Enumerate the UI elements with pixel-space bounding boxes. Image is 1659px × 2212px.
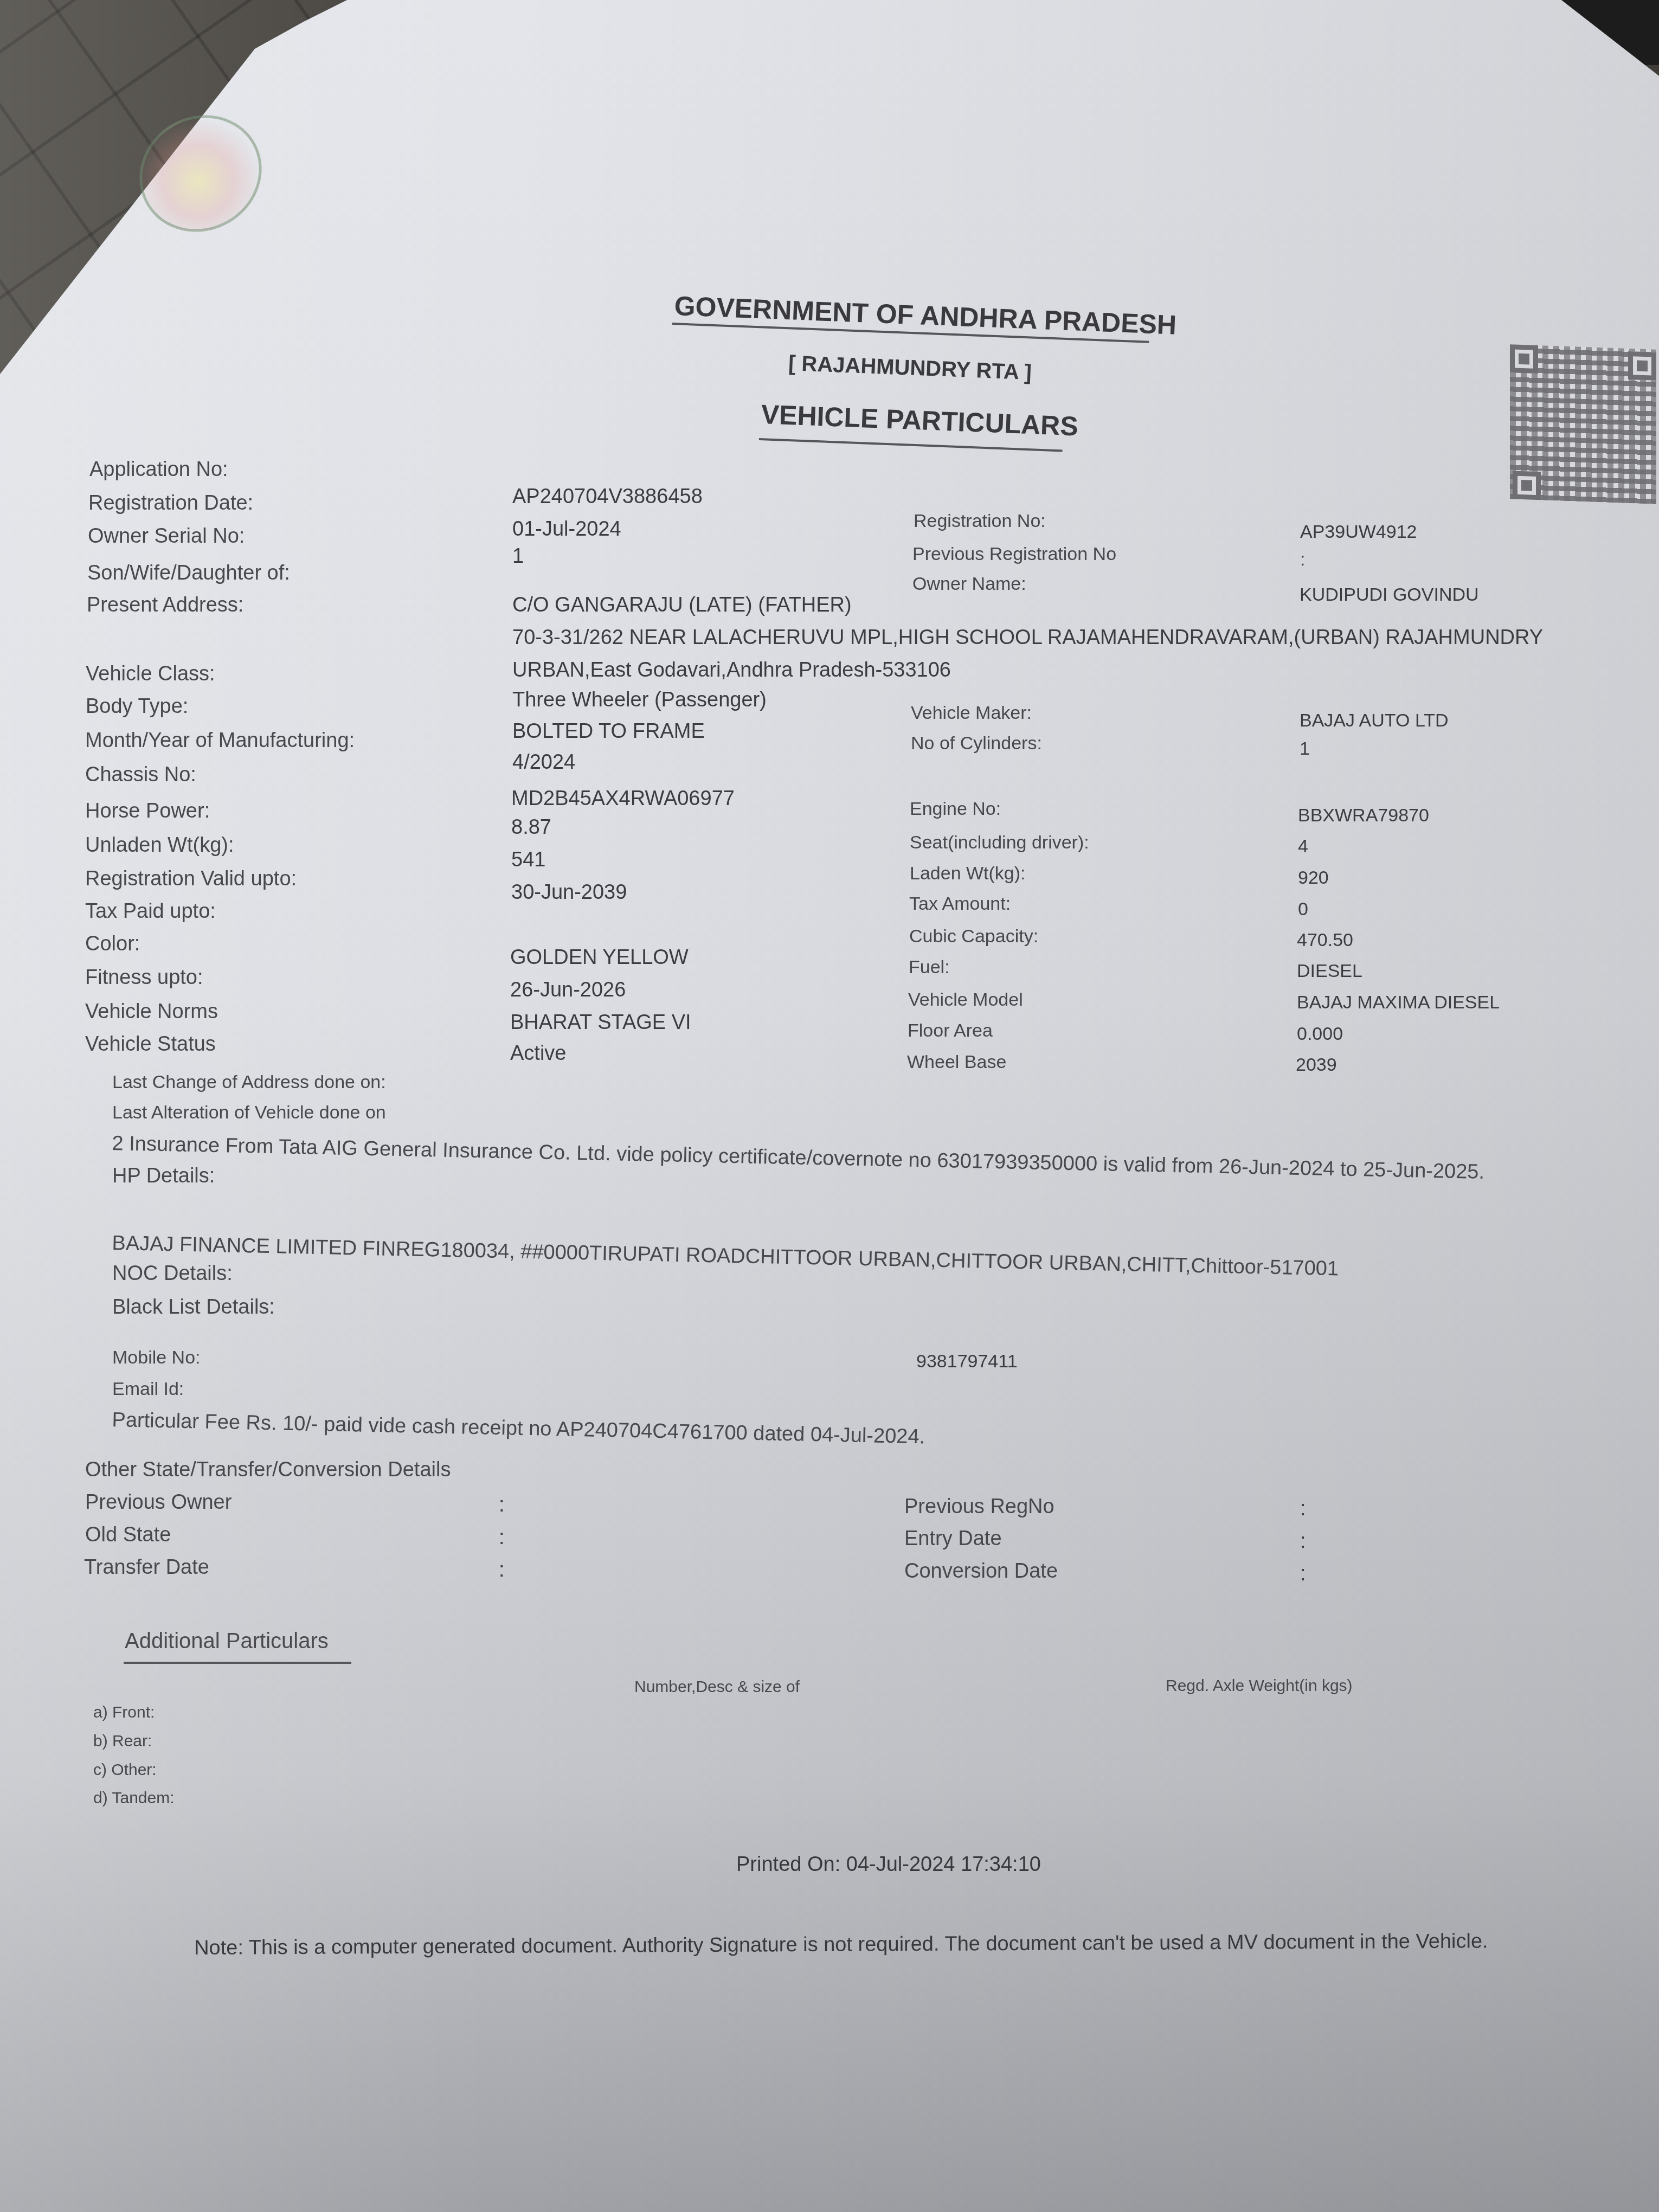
label-owner-serial-no: Owner Serial No: bbox=[88, 525, 245, 548]
rta-office: [ RAJAHMUNDRY RTA ] bbox=[788, 351, 1032, 385]
label-last-change-address: Last Change of Address done on: bbox=[112, 1072, 386, 1093]
value-seat: 4 bbox=[1298, 836, 1308, 857]
label-email-id: Email Id: bbox=[112, 1379, 184, 1400]
transfer-section-title: Other State/Transfer/Conversion Details bbox=[85, 1458, 451, 1482]
label-floor-area: Floor Area bbox=[908, 1020, 993, 1041]
label-registration-date: Registration Date: bbox=[88, 492, 253, 515]
label-transfer-date: Transfer Date bbox=[84, 1556, 209, 1579]
value-previous-regno: : bbox=[1300, 1497, 1306, 1521]
label-noc-details: NOC Details: bbox=[112, 1262, 233, 1285]
label-wheel-base: Wheel Base bbox=[907, 1052, 1006, 1073]
value-wheel-base: 2039 bbox=[1296, 1054, 1337, 1076]
fee-receipt-details: Particular Fee Rs. 10/- paid vide cash r… bbox=[112, 1409, 925, 1449]
additional-particulars-underline bbox=[124, 1662, 351, 1664]
label-present-address: Present Address: bbox=[87, 594, 243, 617]
label-chassis-no: Chassis No: bbox=[85, 763, 196, 787]
value-horse-power: 8.87 bbox=[511, 816, 551, 839]
value-vehicle-status: Active bbox=[510, 1042, 566, 1065]
value-no-of-cylinders: 1 bbox=[1300, 738, 1310, 760]
label-vehicle-maker: Vehicle Maker: bbox=[911, 703, 1032, 724]
insurance-details: 2 Insurance From Tata AIG General Insura… bbox=[112, 1132, 1484, 1184]
label-previous-regno: Previous RegNo bbox=[904, 1495, 1054, 1519]
label-relation: Son/Wife/Daughter of: bbox=[87, 562, 290, 585]
label-color: Color: bbox=[85, 933, 140, 956]
value-fuel: DIESEL bbox=[1297, 961, 1362, 982]
value-vehicle-model: BAJAJ MAXIMA DIESEL bbox=[1297, 992, 1500, 1013]
vehicle-particulars-document: GOVERNMENT OF ANDHRA PRADESH [ RAJAHMUND… bbox=[0, 0, 1659, 2212]
label-black-list-details: Black List Details: bbox=[112, 1296, 275, 1319]
title-underline bbox=[759, 438, 1063, 452]
column-number-desc-size: Number,Desc & size of bbox=[634, 1678, 800, 1696]
value-entry-date: : bbox=[1300, 1530, 1306, 1553]
label-hp-details: HP Details: bbox=[112, 1165, 215, 1188]
value-cubic-capacity: 470.50 bbox=[1297, 930, 1353, 951]
label-old-state: Old State bbox=[85, 1523, 171, 1547]
label-registration-no: Registration No: bbox=[914, 511, 1046, 532]
label-laden-wt: Laden Wt(kg): bbox=[910, 863, 1026, 884]
page-title: VEHICLE PARTICULARS bbox=[761, 398, 1079, 442]
value-registration-date: 01-Jul-2024 bbox=[512, 518, 621, 541]
value-tax-amount: 0 bbox=[1298, 899, 1308, 920]
value-fitness-upto: 26-Jun-2026 bbox=[510, 979, 626, 1002]
label-owner-name: Owner Name: bbox=[912, 574, 1026, 595]
value-vehicle-class: Three Wheeler (Passenger) bbox=[512, 689, 767, 712]
value-registration-no: AP39UW4912 bbox=[1300, 522, 1417, 543]
value-conversion-date: : bbox=[1300, 1562, 1306, 1586]
value-transfer-date: : bbox=[499, 1559, 505, 1582]
label-cubic-capacity: Cubic Capacity: bbox=[909, 926, 1038, 947]
label-manufacturing: Month/Year of Manufacturing: bbox=[85, 729, 355, 753]
label-fitness-upto: Fitness upto: bbox=[85, 966, 203, 989]
label-tax-paid-upto: Tax Paid upto: bbox=[85, 900, 216, 923]
label-previous-registration-no: Previous Registration No bbox=[912, 544, 1116, 565]
axle-row-other: c) Other: bbox=[93, 1761, 157, 1779]
value-color: GOLDEN YELLOW bbox=[510, 946, 689, 969]
value-previous-registration-no: : bbox=[1300, 549, 1305, 570]
value-old-state: : bbox=[499, 1526, 505, 1549]
value-registration-valid: 30-Jun-2039 bbox=[511, 881, 627, 904]
axle-row-front: a) Front: bbox=[93, 1703, 155, 1722]
label-mobile-no: Mobile No: bbox=[112, 1347, 201, 1368]
printed-on-timestamp: Printed On: 04-Jul-2024 17:34:10 bbox=[736, 1853, 1041, 1876]
value-chassis-no: MD2B45AX4RWA06977 bbox=[511, 787, 735, 811]
axle-row-rear: b) Rear: bbox=[93, 1732, 152, 1751]
computer-generated-note: Note: This is a computer generated docum… bbox=[194, 1930, 1488, 1960]
additional-particulars-title: Additional Particulars bbox=[125, 1629, 329, 1654]
value-engine-no: BBXWRA79870 bbox=[1298, 805, 1429, 826]
value-address-line-1: 70-3-31/262 NEAR LALACHERUVU MPL,HIGH SC… bbox=[512, 626, 1543, 650]
axle-row-tandem: d) Tandem: bbox=[93, 1789, 175, 1808]
label-body-type: Body Type: bbox=[86, 695, 188, 718]
label-vehicle-status: Vehicle Status bbox=[85, 1033, 216, 1056]
label-no-of-cylinders: No of Cylinders: bbox=[911, 733, 1042, 754]
label-seat: Seat(including driver): bbox=[910, 832, 1089, 853]
label-fuel: Fuel: bbox=[909, 957, 950, 978]
value-owner-name: KUDIPUDI GOVINDU bbox=[1300, 584, 1479, 606]
hp-details-value: BAJAJ FINANCE LIMITED FINREG180034, ##00… bbox=[112, 1232, 1339, 1281]
label-vehicle-norms: Vehicle Norms bbox=[85, 1000, 218, 1024]
column-regd-axle-weight: Regd. Axle Weight(in kgs) bbox=[1166, 1677, 1353, 1695]
value-manufacturing: 4/2024 bbox=[512, 751, 575, 774]
value-vehicle-maker: BAJAJ AUTO LTD bbox=[1300, 710, 1449, 731]
label-conversion-date: Conversion Date bbox=[904, 1560, 1058, 1583]
label-horse-power: Horse Power: bbox=[85, 800, 210, 823]
label-vehicle-model: Vehicle Model bbox=[908, 989, 1023, 1011]
value-floor-area: 0.000 bbox=[1297, 1024, 1343, 1045]
label-entry-date: Entry Date bbox=[904, 1527, 1002, 1551]
value-owner-serial-no: 1 bbox=[512, 545, 524, 568]
value-laden-wt: 920 bbox=[1298, 867, 1329, 889]
label-registration-valid: Registration Valid upto: bbox=[85, 867, 297, 891]
label-tax-amount: Tax Amount: bbox=[909, 893, 1011, 915]
value-mobile-no: 9381797411 bbox=[916, 1351, 1018, 1372]
value-address-line-2: URBAN,East Godavari,Andhra Pradesh-53310… bbox=[512, 659, 951, 682]
label-engine-no: Engine No: bbox=[910, 799, 1001, 820]
label-unladen-wt: Unladen Wt(kg): bbox=[85, 834, 234, 857]
value-vehicle-norms: BHARAT STAGE VI bbox=[510, 1011, 691, 1034]
value-body-type: BOLTED TO FRAME bbox=[512, 720, 705, 743]
label-application-no: Application No: bbox=[89, 458, 228, 481]
label-vehicle-class: Vehicle Class: bbox=[86, 663, 215, 686]
value-previous-owner: : bbox=[499, 1494, 505, 1517]
value-relation: C/O GANGARAJU (LATE) (FATHER) bbox=[512, 594, 852, 617]
label-last-alteration: Last Alteration of Vehicle done on bbox=[112, 1102, 386, 1123]
value-application-no: AP240704V3886458 bbox=[512, 485, 703, 509]
label-previous-owner: Previous Owner bbox=[85, 1491, 232, 1514]
value-unladen-wt: 541 bbox=[511, 848, 545, 872]
